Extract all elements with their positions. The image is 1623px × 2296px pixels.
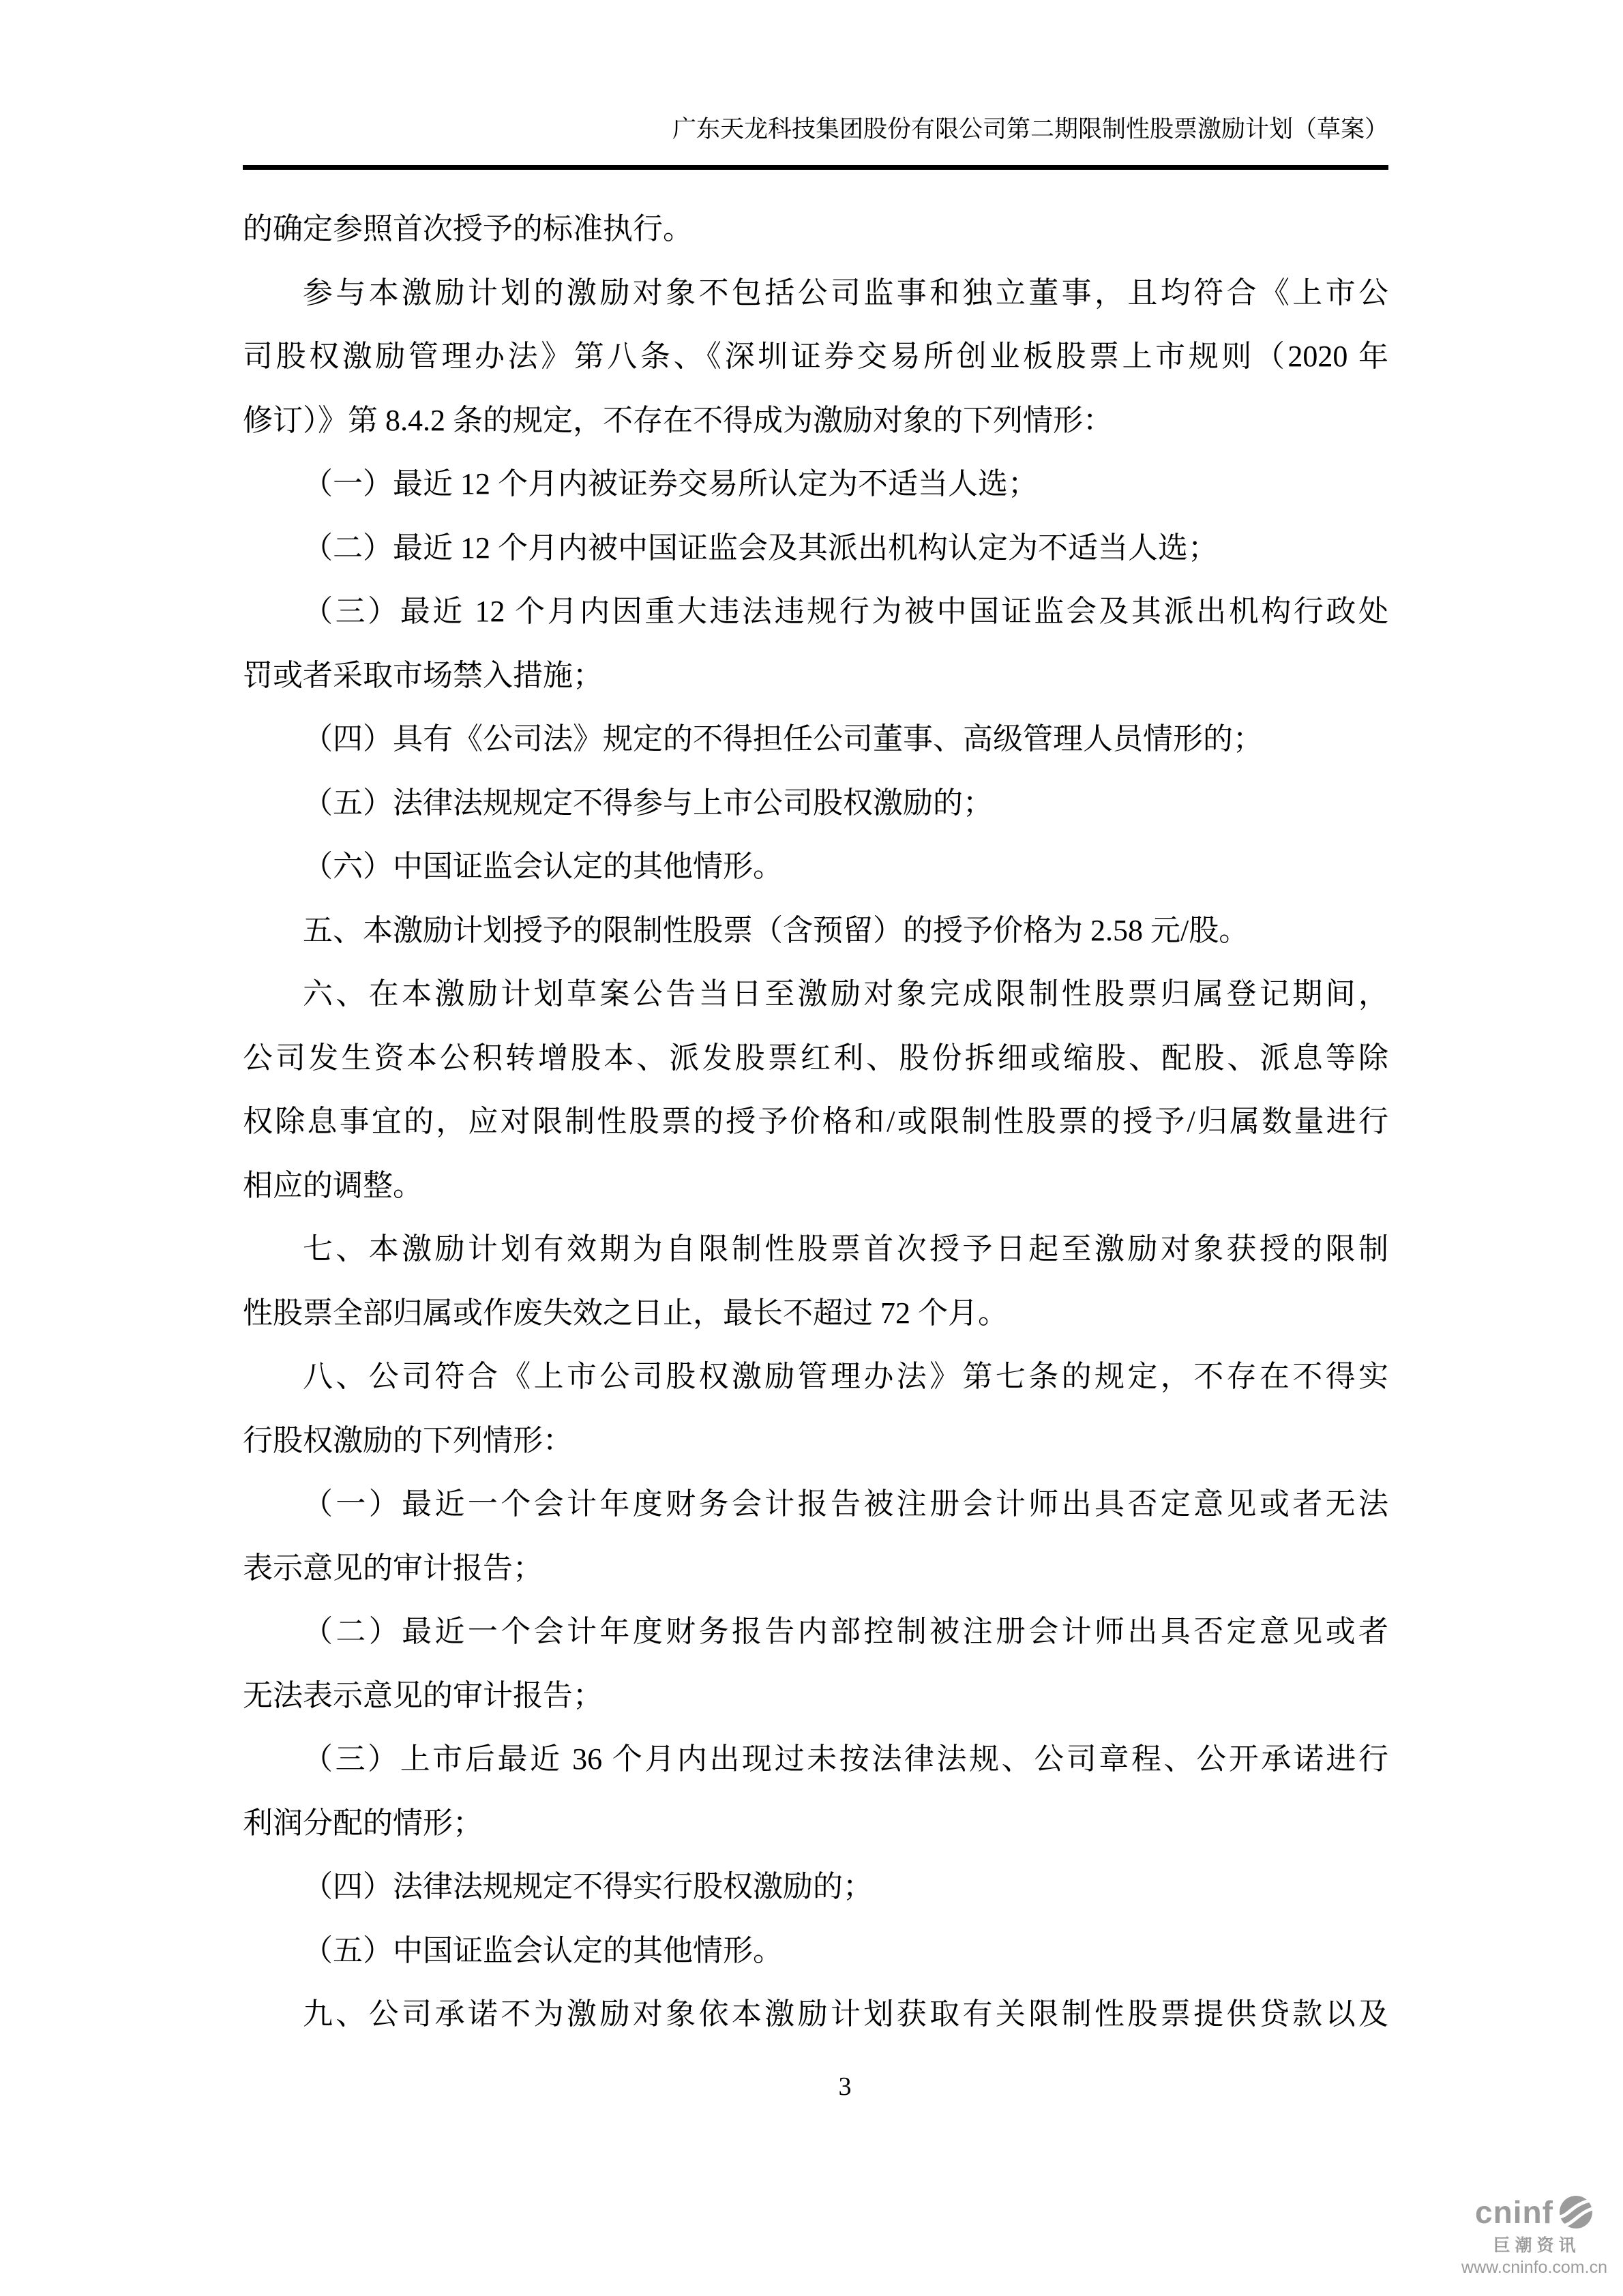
body-line: 五、本激励计划授予的限制性股票（含预留）的授予价格为 2.58 元/股。 xyxy=(243,899,1388,963)
body-line: 无法表示意见的审计报告； xyxy=(243,1664,1388,1728)
cninfo-watermark: cninf 巨潮资讯 www.cninfo.com.cn xyxy=(1451,2194,1618,2278)
page-number: 3 xyxy=(777,2066,913,2107)
body-line: 六、在本激励计划草案公告当日至激励对象完成限制性股票归属登记期间， xyxy=(243,962,1388,1026)
cninfo-logo: cninf xyxy=(1451,2194,1618,2230)
body-line: （一）最近 12 个月内被证券交易所认定为不适当人选； xyxy=(243,452,1388,516)
body-line: 罚或者采取市场禁入措施； xyxy=(243,644,1388,708)
body-line: （四）法律法规规定不得实行股权激励的； xyxy=(243,1855,1388,1919)
body-line: 性股票全部归属或作废失效之日止，最长不超过 72 个月。 xyxy=(243,1281,1388,1345)
body-line: 公司发生资本公积转增股本、派发股票红利、股份拆细或缩股、配股、派息等除 xyxy=(243,1026,1388,1090)
cninfo-globe-icon xyxy=(1558,2194,1594,2230)
body-line: 利润分配的情形； xyxy=(243,1791,1388,1855)
body-line: 九、公司承诺不为激励对象依本激励计划获取有关限制性股票提供贷款以及 xyxy=(243,1982,1388,2046)
document-body: 的确定参照首次授予的标准执行。 参与本激励计划的激励对象不包括公司监事和独立董事… xyxy=(243,197,1388,2046)
body-line: （一）最近一个会计年度财务会计报告被注册会计师出具否定意见或者无法 xyxy=(243,1472,1388,1536)
body-line: （五）法律法规规定不得参与上市公司股权激励的； xyxy=(243,771,1388,835)
body-line: （三）上市后最近 36 个月内出现过未按法律法规、公司章程、公开承诺进行 xyxy=(243,1727,1388,1791)
body-line: （三）最近 12 个月内因重大违法违规行为被中国证监会及其派出机构行政处 xyxy=(243,580,1388,644)
body-line: 修订）》第 8.4.2 条的规定，不存在不得成为激励对象的下列情形： xyxy=(243,389,1388,453)
cninfo-brand-chinese: 巨潮资讯 xyxy=(1456,2232,1618,2256)
body-line: 七、本激励计划有效期为自限制性股票首次授予日起至激励对象获授的限制 xyxy=(243,1217,1388,1281)
body-line: 相应的调整。 xyxy=(243,1154,1388,1218)
body-line: 司股权激励管理办法》第八条、《深圳证券交易所创业板股票上市规则（2020 年 xyxy=(243,325,1388,389)
body-line: 八、公司符合《上市公司股权激励管理办法》第七条的规定，不存在不得实 xyxy=(243,1345,1388,1409)
body-line: 行股权激励的下列情形： xyxy=(243,1409,1388,1473)
body-line: （五）中国证监会认定的其他情形。 xyxy=(243,1919,1388,1983)
cninfo-url: www.cninfo.com.cn xyxy=(1451,2258,1618,2278)
body-line: 参与本激励计划的激励对象不包括公司监事和独立董事，且均符合《上市公 xyxy=(243,261,1388,325)
cninfo-brand-text: cninf xyxy=(1475,2196,1553,2228)
header-divider xyxy=(243,165,1388,170)
body-line: （二）最近 12 个月内被中国证监会及其派出机构认定为不适当人选； xyxy=(243,516,1388,580)
body-line: 权除息事宜的，应对限制性股票的授予价格和/或限制性股票的授予/归属数量进行 xyxy=(243,1090,1388,1154)
body-line: 的确定参照首次授予的标准执行。 xyxy=(243,197,1388,261)
body-line: 表示意见的审计报告； xyxy=(243,1536,1388,1600)
body-line: （二）最近一个会计年度财务报告内部控制被注册会计师出具否定意见或者 xyxy=(243,1600,1388,1664)
body-line: （四）具有《公司法》规定的不得担任公司董事、高级管理人员情形的； xyxy=(243,707,1388,771)
document-header-title: 广东天龙科技集团股份有限公司第二期限制性股票激励计划（草案） xyxy=(243,113,1388,147)
document-page: 广东天龙科技集团股份有限公司第二期限制性股票激励计划（草案） 的确定参照首次授予… xyxy=(0,0,1623,2296)
body-line: （六）中国证监会认定的其他情形。 xyxy=(243,835,1388,899)
